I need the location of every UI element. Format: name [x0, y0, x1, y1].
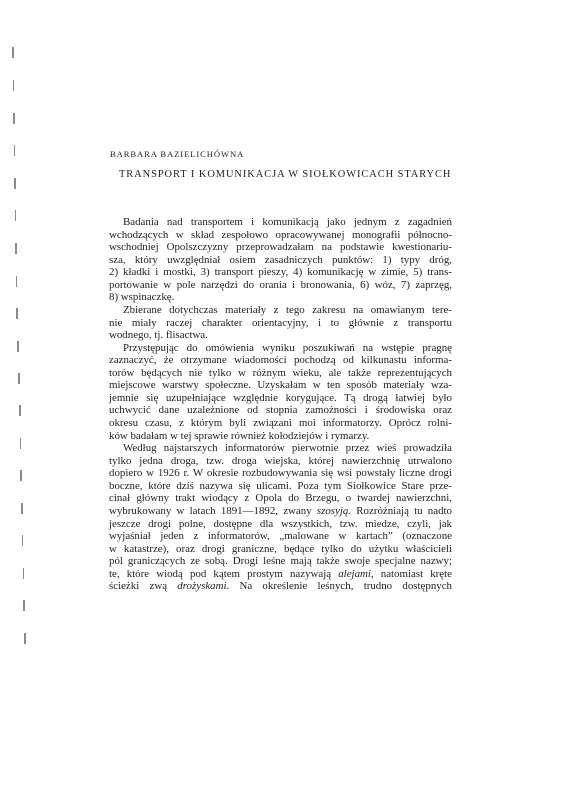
text-line: Zbierane dotychczas materiały z tego zak… — [109, 304, 452, 317]
text-line: uchwycić dane uzależnione od stopnia zam… — [109, 404, 452, 417]
text-line: Badania nad transportem i komunikacją ja… — [109, 216, 452, 229]
text-line: portowanie w pole narzędzi do orania i b… — [109, 279, 452, 292]
text-line: pól graniczących ze sobą. Drogi leśne ma… — [109, 555, 452, 568]
text-line: tylko jedna droga, tzw. droga wiejska, k… — [109, 455, 452, 468]
text-line: 8) wspinaczkę. — [109, 291, 452, 304]
text-line: torów będących nie tylko w różnym wieku,… — [109, 367, 452, 380]
text-line: wchodzących w skład zespołowo opracowywa… — [109, 229, 452, 242]
text-line: jeszcze drogi polne, dostępne dla wszyst… — [109, 518, 452, 531]
text-line: wybrukowany w latach 1891—1892, zwany sz… — [109, 505, 452, 518]
scan-margin-marks — [0, 0, 40, 800]
text-line: wodnego, tj. flisactwa. — [109, 329, 452, 342]
article-title: TRANSPORT I KOMUNIKACJA W SIOŁKOWICACH S… — [119, 169, 451, 180]
text-line: ścieżki zwą drożyskami. Na określenie le… — [109, 580, 452, 593]
italic-term: alejami — [338, 568, 371, 580]
text-line: okresu czasu, z którym byli związani moi… — [109, 417, 452, 430]
italic-term: szosyją — [317, 505, 348, 517]
text-line: 2) kładki i mostki, 3) transport pieszy,… — [109, 266, 452, 279]
text-line: wyjaśniał jeden z informatorów, „malowan… — [109, 530, 452, 543]
text-line: Przystępując do omówienia wyniku poszuki… — [109, 342, 452, 355]
text-line: miejscowe warstwy społeczne. Uzyskałam w… — [109, 379, 452, 392]
author-name: BARBARA BAZIELICHÓWNA — [110, 149, 244, 159]
text-line: w katastrze), oraz drogi graniczne, będą… — [109, 543, 452, 556]
text-line: boczne, które dziś nazywa się ulicami. P… — [109, 480, 452, 493]
text-line: ków badałam w tej sprawie również kołodz… — [109, 430, 452, 443]
text-line: Według najstarszych informatorów pierwot… — [109, 442, 452, 455]
italic-term: drożyskami — [177, 580, 226, 592]
text-line: nie miały raczej charakter orientacyjny,… — [109, 317, 452, 330]
text-line: wschodniej Opolszczyzny przeprowadzałam … — [109, 241, 452, 254]
text-line: cinał główny trakt wiodący z Opola do Br… — [109, 492, 452, 505]
text-line: dopiero w 1926 r. W okresie rozbudowywan… — [109, 467, 452, 480]
text-line: te, które wiodą pod kątem prostym nazywa… — [109, 568, 452, 581]
text-line: zaznaczyć, że otrzymane wiadomości pocho… — [109, 354, 452, 367]
text-line: sza, który uwzględniał osiem zasadniczyc… — [109, 254, 452, 267]
article-body: Badania nad transportem i komunikacją ja… — [109, 216, 452, 593]
text-line: jemnie się uzupełniające względnie koryg… — [109, 392, 452, 405]
